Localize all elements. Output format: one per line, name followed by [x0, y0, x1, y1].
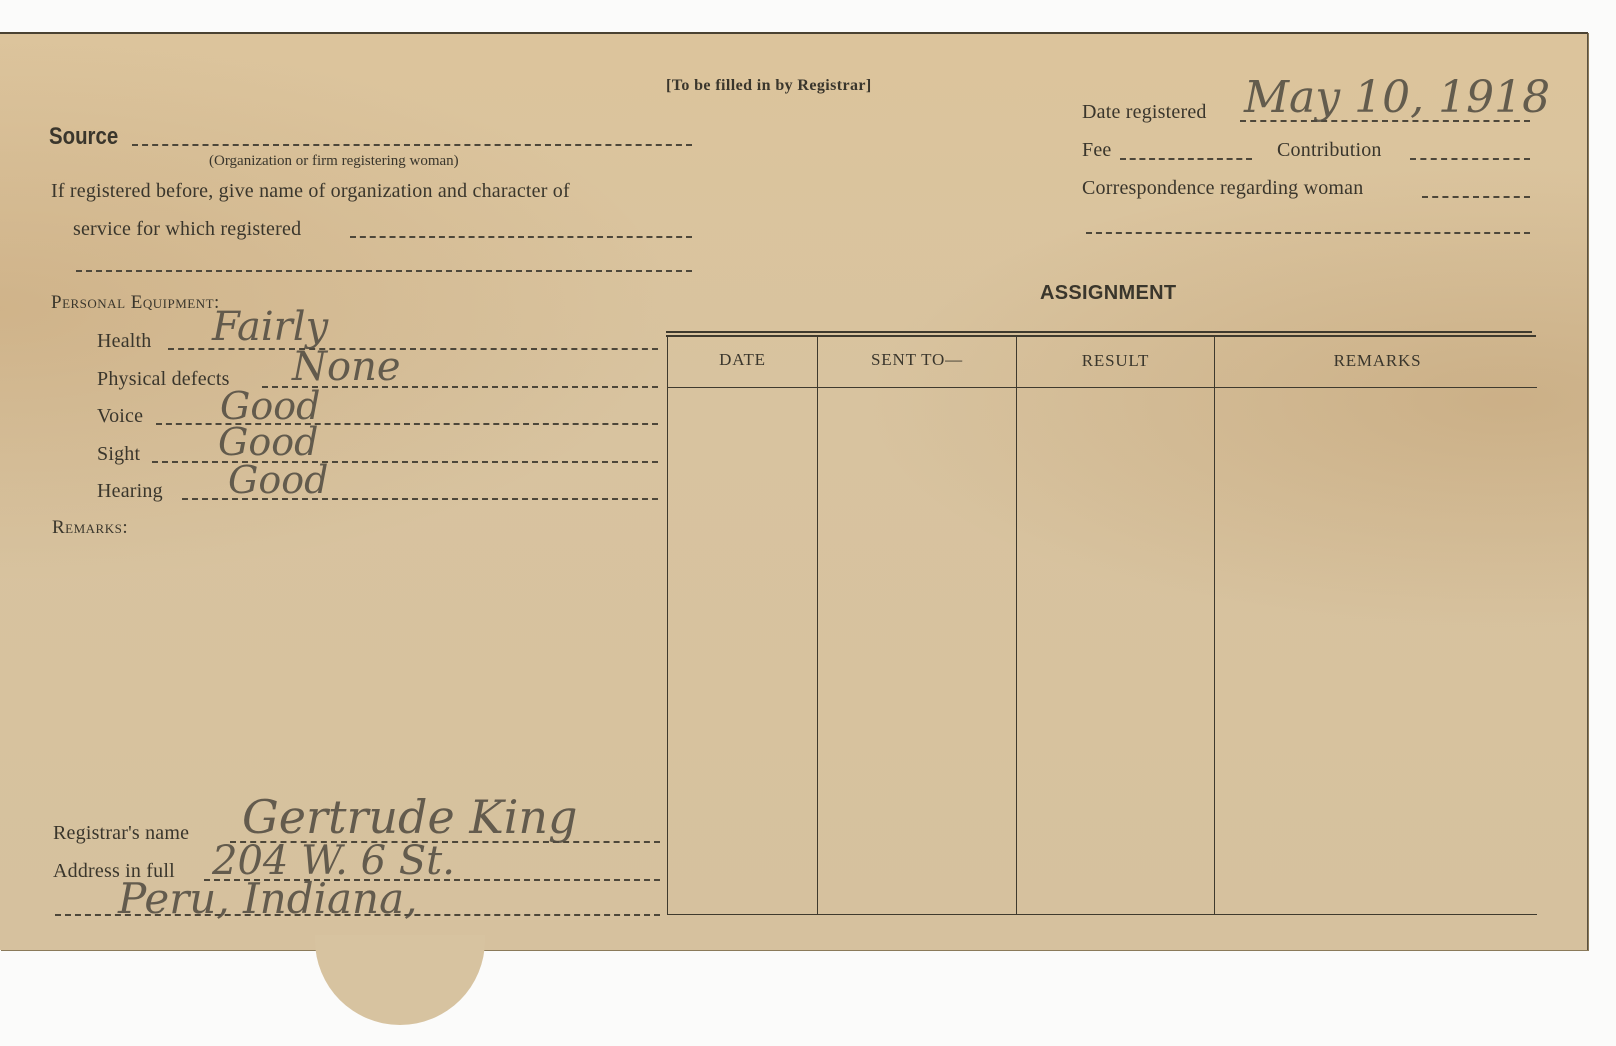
contribution-label: Contribution — [1277, 139, 1382, 162]
registrar-name-label: Registrar's name — [53, 822, 189, 845]
contribution-field[interactable] — [1410, 158, 1530, 160]
personal-equipment-heading: Personal Equipment: — [51, 292, 220, 314]
voice-label: Voice — [97, 405, 143, 428]
column-header-remarks: REMARKS — [1215, 351, 1540, 371]
date-registered-label: Date registered — [1082, 101, 1207, 124]
source-sublabel: (Organization or firm registering woman) — [209, 153, 459, 170]
health-label: Health — [97, 330, 152, 353]
column-header-sent-to: SENT TO— — [818, 350, 1016, 370]
header-note: [To be filled in by Registrar] — [666, 77, 872, 95]
remarks-label: Remarks: — [52, 517, 128, 539]
fee-field[interactable] — [1120, 158, 1252, 160]
correspondence-label: Correspondence regarding woman — [1082, 177, 1363, 200]
previous-registration-field[interactable] — [350, 236, 692, 238]
previous-registration-field-2[interactable] — [76, 270, 692, 272]
previous-registration-label: If registered before, give name of organ… — [51, 180, 570, 203]
address-value-2: Peru, Indiana, — [118, 874, 418, 923]
column-header-result: RESULT — [1017, 351, 1214, 371]
hearing-value: Good — [228, 458, 328, 502]
column-header-date: DATE — [668, 350, 817, 370]
physical-defects-label: Physical defects — [97, 368, 230, 391]
sight-label: Sight — [97, 443, 140, 466]
correspondence-field-2[interactable] — [1086, 232, 1530, 234]
previous-registration-label-2: service for which registered — [73, 218, 301, 241]
fee-label: Fee — [1082, 139, 1111, 162]
source-label: Source — [49, 123, 118, 151]
hearing-label: Hearing — [97, 480, 163, 503]
assignment-title: ASSIGNMENT — [1040, 282, 1176, 305]
correspondence-field[interactable] — [1422, 196, 1530, 198]
date-registered-value: May 10, 1918 — [1244, 72, 1550, 123]
registrar-name-value: Gertrude King — [242, 790, 578, 844]
card-tab — [315, 935, 485, 1025]
source-field[interactable] — [132, 144, 692, 146]
